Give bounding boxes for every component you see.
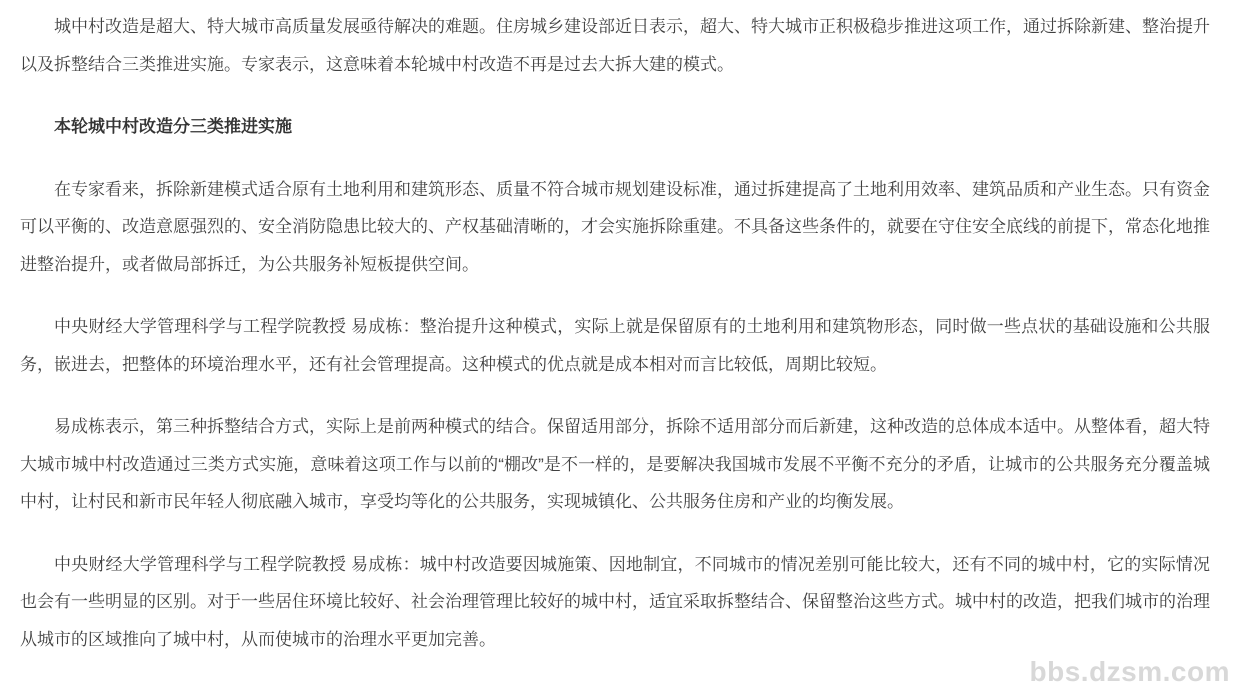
site-watermark: bbs.dzsm.com (1030, 656, 1230, 688)
article-body: 城中村改造是超大、特大城市高质量发展亟待解决的难题。住房城乡建设部近日表示，超大… (0, 0, 1237, 658)
paragraph-expert-quote-2: 中央财经大学管理科学与工程学院教授 易成栋：城中村改造要因城施策、因地制宜，不同… (20, 546, 1210, 659)
paragraph-expert-quote-1: 中央财经大学管理科学与工程学院教授 易成栋：整治提升这种模式，实际上就是保留原有… (20, 308, 1210, 383)
intro-paragraph: 城中村改造是超大、特大城市高质量发展亟待解决的难题。住房城乡建设部近日表示，超大… (20, 8, 1210, 83)
paragraph-third-mode: 易成栋表示，第三种拆整结合方式，实际上是前两种模式的结合。保留适用部分，拆除不适… (20, 408, 1210, 521)
section-heading: 本轮城中村改造分三类推进实施 (20, 108, 1210, 146)
paragraph-modes-overview: 在专家看来，拆除新建模式适合原有土地利用和建筑形态、质量不符合城市规划建设标准，… (20, 171, 1210, 284)
